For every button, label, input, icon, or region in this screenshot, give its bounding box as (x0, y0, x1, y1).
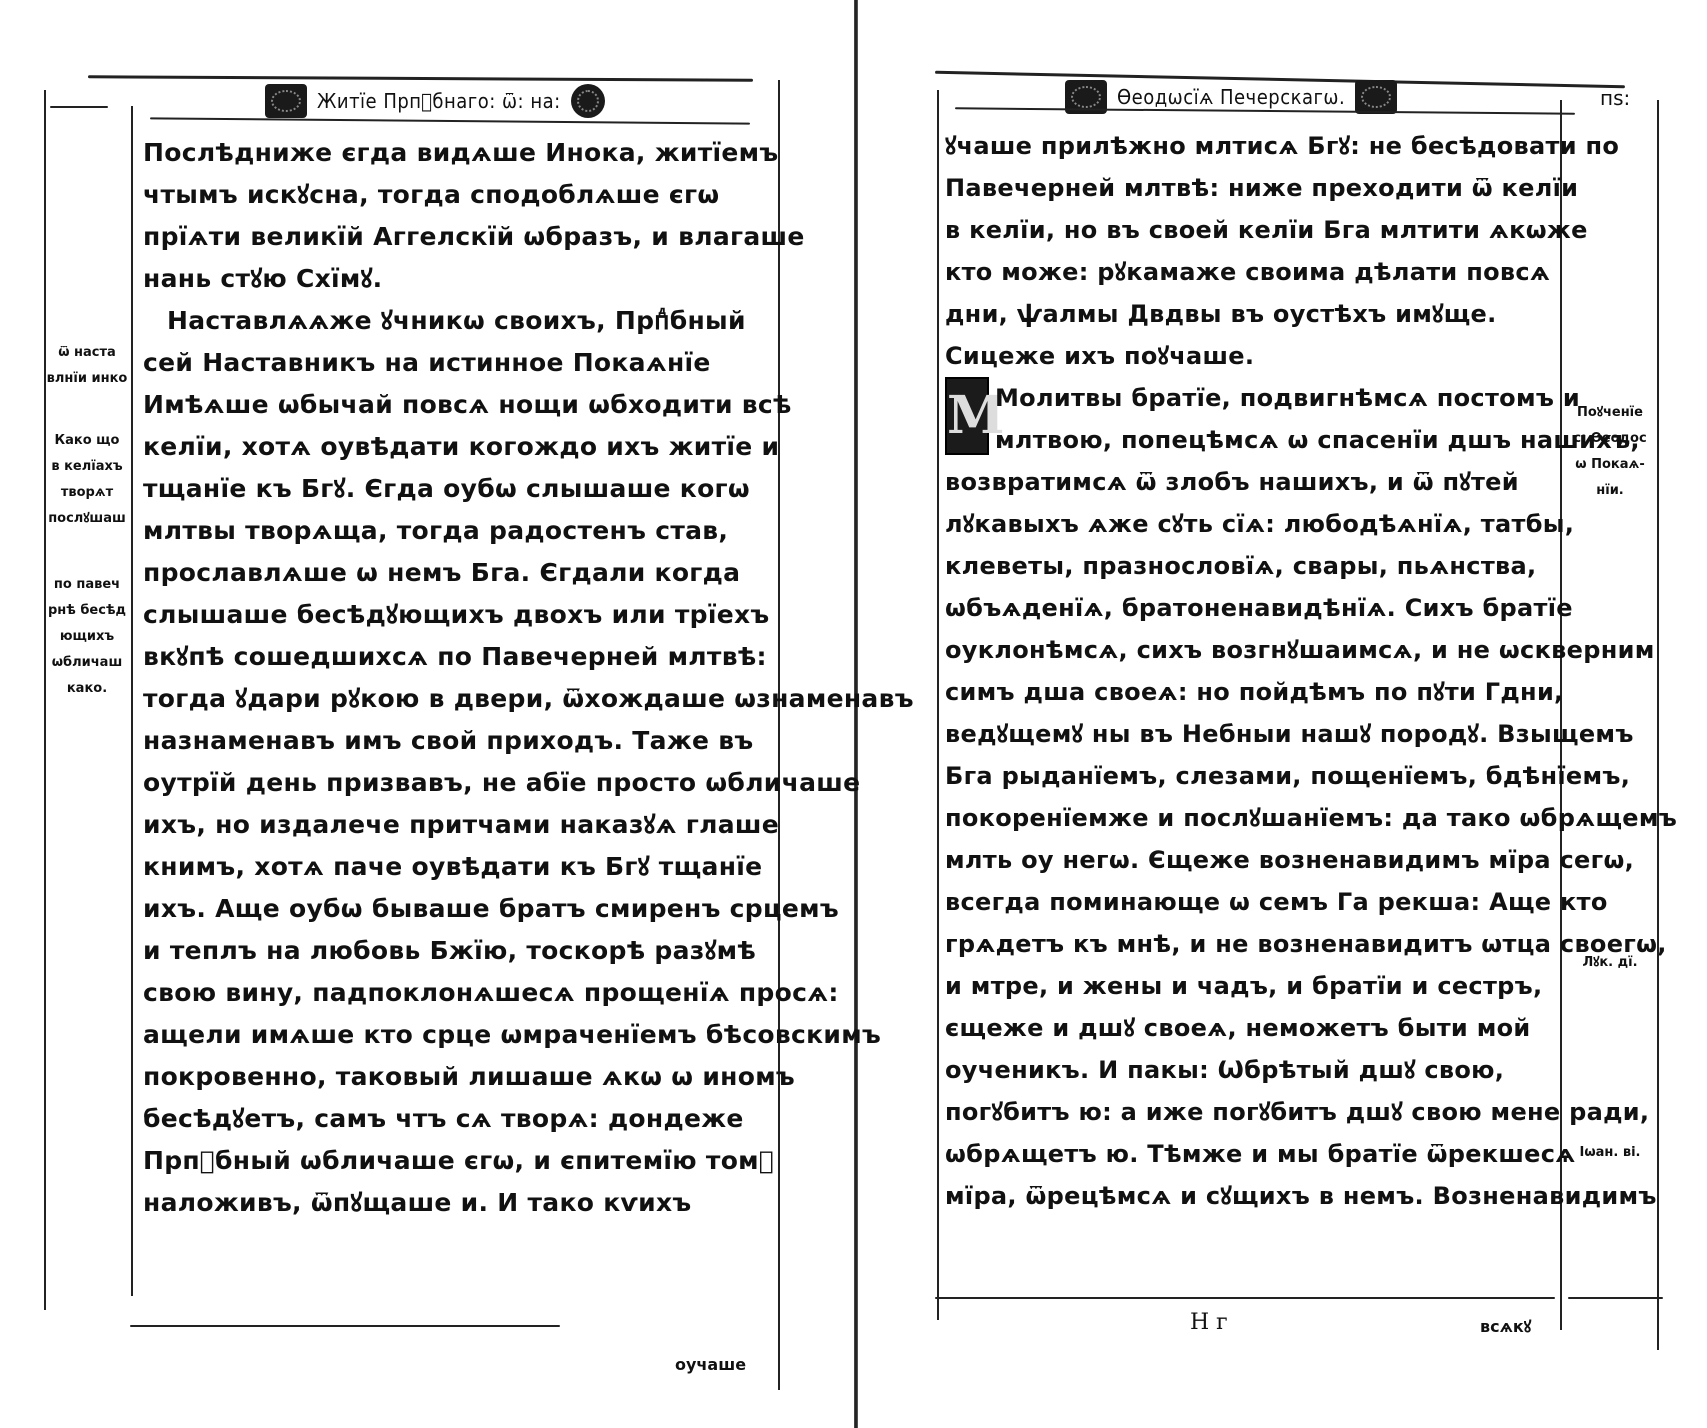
text-line: клеветы, празнословїѧ, свары, пьѧнства, (945, 545, 1677, 587)
text-line: тогда ꙋдари рꙋкою в двери, ѿхождаше ѡзна… (143, 678, 914, 720)
text-line: прїѧти великїй Аггелскїй ѡбразъ, и влага… (143, 216, 914, 258)
margin-note: ѿ наста влнїи инко (42, 340, 132, 392)
text-line: Послѣдниже єгда видѧше Инока, житїемъ (143, 132, 914, 174)
text-line: оуклонѣмсѧ, сихъ возгнꙋшаимсѧ, и не ѡскв… (945, 629, 1677, 671)
text-line: книмъ, хотѧ паче оувѣдати къ Бгꙋ тщанїе (143, 846, 914, 888)
top-rule (88, 75, 753, 81)
body-text: ꙋчаше прилѣжно млтисѧ Бгꙋ: не бесѣдовати… (945, 125, 1677, 1217)
text-line: в келїи, но въ своей келїи Бга млтити ѧк… (945, 209, 1677, 251)
bottom-rule (130, 1325, 560, 1327)
left-page: Житїе Прпⷣбнаго: ѿ: на: ѿ наста влнїи ин… (40, 70, 800, 1400)
text-line: ащели имѧше кто срце ѡмраченїемъ бѣсовск… (143, 1014, 914, 1056)
text-line: Бга рыданїемъ, слезами, пощенїемъ, бдѣнї… (945, 755, 1677, 797)
text-line: кто може: рꙋкамаже своима дѣлати повсѧ (945, 251, 1677, 293)
text-line: покровенно, таковый лишаше ѧкѡ ѡ иномъ (143, 1056, 914, 1098)
text-line: Павечерней млтвѣ: ниже преходити ѿ келїи (945, 167, 1677, 209)
folio-number: пѕ: (1600, 86, 1630, 110)
text-line: вкꙋпѣ сошедшихсѧ по Павечерней млтвѣ: (143, 636, 914, 678)
ornament-icon (1355, 80, 1397, 114)
text-line: бесѣдꙋетъ, самъ чтъ сѧ творѧ: дондеже (143, 1098, 914, 1140)
text-line: нань стꙋю Схїмꙋ. (143, 258, 914, 300)
margin-note-john: Іѡан. ві. (1565, 1140, 1655, 1166)
text-line: всегда поминающе ѡ семъ Га рекша: Аще кт… (945, 881, 1677, 923)
text-line: Наставлѧѧже ꙋчникѡ своихъ, Прпⷣбный (143, 300, 914, 342)
running-head: Житїе Прпⷣбнаго: ѿ: на: (265, 84, 605, 118)
text-line: ѡбъѧденїѧ, братоненавидѣнїѧ. Сихъ братїе (945, 587, 1677, 629)
bottom-rule (935, 1297, 1555, 1299)
text-line: ихъ. Аще оубѡ бываше братъ смиренъ срцем… (143, 888, 914, 930)
text-line: келїи, хотѧ оувѣдати когождо ихъ житїе и (143, 426, 914, 468)
text-line: мїра, ѿрецѣмсѧ и сꙋщихъ в немъ. Возненав… (945, 1175, 1677, 1217)
text-line: назнаменавъ имъ свой приходъ. Таже въ (143, 720, 914, 762)
text-line: тщанїе къ Бгꙋ. Єгда оубѡ слышаше когѡ (143, 468, 914, 510)
text-line: Сицеже ихъ поꙋчаше. (945, 335, 1677, 377)
text-line: млтвы творѧща, тогда радостенъ став, (143, 510, 914, 552)
margin-note: Поꙋченїе с: Ѳеодос ѡ Покаѧ- нїи. (1565, 400, 1655, 504)
text-line: чтымъ искꙋсна, тогда сподоблѧше єгѡ (143, 174, 914, 216)
text-line: сей Наставникъ на истинное Покаѧнїе (143, 342, 914, 384)
body-text: Послѣдниже єгда видѧше Инока, житїемъ чт… (143, 132, 914, 1224)
head-rule (150, 117, 750, 124)
margin-note: Како що в келїахъ творѧт послꙋшаш (42, 428, 132, 532)
text-line: оутрїй день призвавъ, не абїе просто ѡбл… (143, 762, 914, 804)
text-line: слышаше бесѣдꙋющихъ двохъ или трїехъ (143, 594, 914, 636)
margin-notes: ѿ наста влнїи инко Како що в келїахъ тво… (42, 340, 132, 738)
text-line: єщеже и дшꙋ своеѧ, неможетъ быти мой (945, 1007, 1677, 1049)
signature-mark: Н г (1190, 1310, 1228, 1335)
margin-note: по павеч рнѣ бесѣд ющихъ ѡбличаш како. (42, 572, 132, 702)
text-line: дни, ѱалмы Двдвы въ оустѣхъ имꙋще. (945, 293, 1677, 335)
text-line: наложивъ, ѿпꙋщаше и. И тако кѵихъ (143, 1182, 914, 1224)
text-line: Прпⷣбный ѡбличаше єгѡ, и єпитемїю томꙋ (143, 1140, 914, 1182)
text-line: прославлѧше ѡ немъ Бга. Єгдали когда (143, 552, 914, 594)
running-head-text: Житїе Прпⷣбнаго: ѿ: на: (317, 89, 561, 113)
text-line: ꙋчаше прилѣжно млтисѧ Бгꙋ: не бесѣдовати… (945, 125, 1677, 167)
catchword: всѧкꙋ (1480, 1315, 1531, 1337)
catchword: оучаше (675, 1355, 746, 1374)
text-line: погꙋбитъ ю: а иже погꙋбитъ дшꙋ свою мене… (945, 1091, 1677, 1133)
running-head-text: Ѳеодѡсїѧ Печерскагѡ. (1117, 85, 1345, 109)
text-line: и теплъ на любовь Бжїю, тоскорѣ разꙋмѣ (143, 930, 914, 972)
text-line: покоренїемже и послꙋшанїемъ: да тако ѡбр… (945, 797, 1677, 839)
ornament-icon (265, 84, 307, 118)
margin-notes: Поꙋченїе с: Ѳеодос ѡ Покаѧ- нїи. (1565, 400, 1655, 540)
bottom-rule-margin (1568, 1297, 1663, 1299)
text-line: млть оу негѡ. Єщеже возненавидимъ мїра с… (945, 839, 1677, 881)
right-page: Ѳеодѡсїѧ Печерскагѡ. пѕ: ꙋчаше прилѣжно … (935, 60, 1675, 1380)
text-line: Имѣѧше ѡбычай повсѧ нощи ѡбходити всѣ (143, 384, 914, 426)
ornament-icon (571, 84, 605, 118)
text-line: симъ дша своеѧ: но пойдѣмъ по пꙋти Гдни, (945, 671, 1677, 713)
margin-rule (50, 106, 108, 108)
drop-cap: М (945, 377, 989, 455)
margin-note-luke: Лꙋк. дї. (1565, 950, 1655, 976)
left-edge-line (937, 90, 939, 1320)
text-line: ихъ, но издалече притчами наказꙋѧ глаше (143, 804, 914, 846)
text-line: оученикъ. И пакы: Ѡбрѣтый дшꙋ свою, (945, 1049, 1677, 1091)
text-line: свою вину, падпоклонѧшесѧ прощенїѧ просѧ… (143, 972, 914, 1014)
text-line: ведꙋщемꙋ ны въ Небныи нашꙋ породꙋ. Взыще… (945, 713, 1677, 755)
